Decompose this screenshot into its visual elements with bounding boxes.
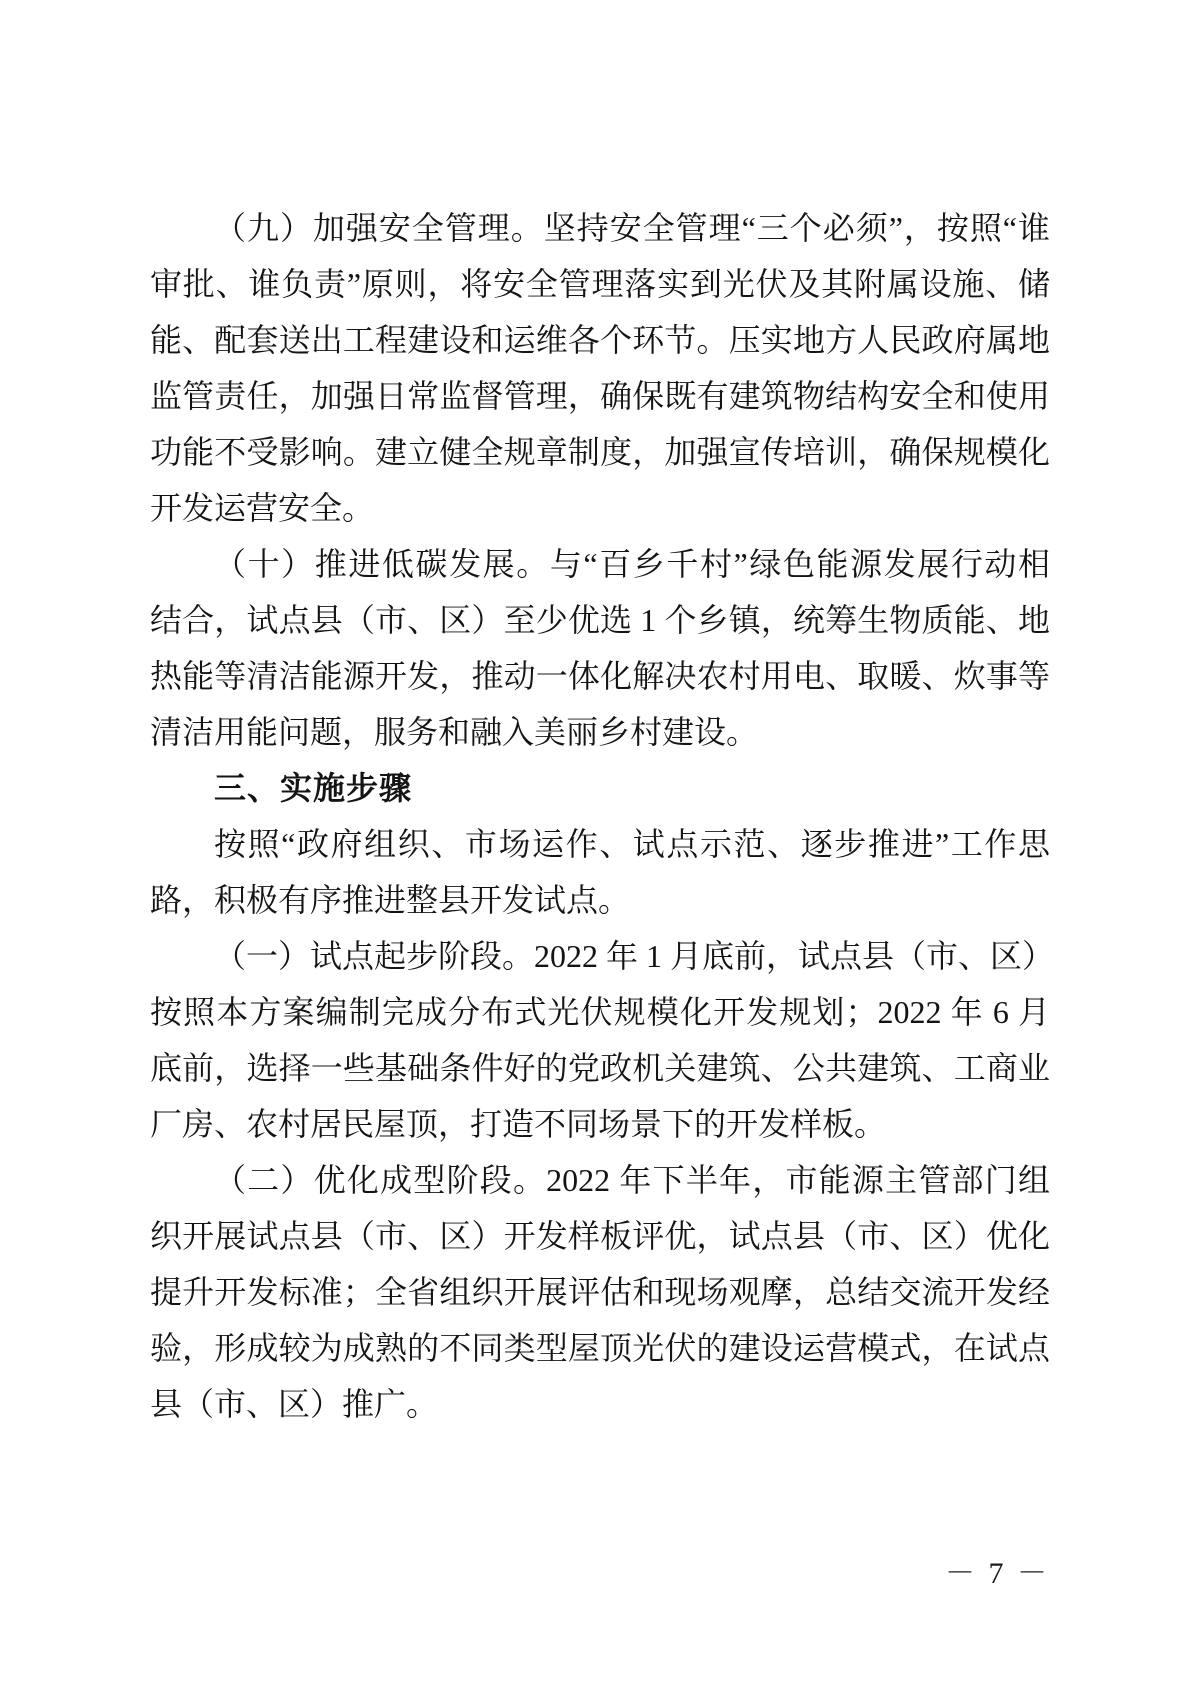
text-line: 热能等清洁能源开发，推动一体化解决农村用电、取暖、炊事等	[150, 648, 1050, 704]
text-line: 验，形成较为成熟的不同类型屋顶光伏的建设运营模式，在试点	[150, 1320, 1050, 1376]
para-10-low-carbon: （十）推进低碳发展。与“百乡千村”绿色能源发展行动相结合，试点县（市、区）至少优…	[150, 536, 1050, 760]
text-line: 路，积极有序推进整县开发试点。	[150, 872, 1050, 928]
document-page: （九）加强安全管理。坚持安全管理“三个必须”，按照“谁审批、谁负责”原则，将安全…	[0, 0, 1200, 1697]
text-line: 织开展试点县（市、区）开发样板评优，试点县（市、区）优化	[150, 1208, 1050, 1264]
text-line: 监管责任，加强日常监督管理，确保既有建筑物结构安全和使用	[150, 368, 1050, 424]
text-line: （九）加强安全管理。坚持安全管理“三个必须”，按照“谁	[150, 200, 1050, 256]
para-2-optimization-stage: （二）优化成型阶段。2022 年下半年，市能源主管部门组织开展试点县（市、区）开…	[150, 1152, 1050, 1432]
text-line: 清洁用能问题，服务和融入美丽乡村建设。	[150, 704, 1050, 760]
para-work-approach: 按照“政府组织、市场运作、试点示范、逐步推进”工作思路，积极有序推进整县开发试点…	[150, 816, 1050, 928]
text-line: 功能不受影响。建立健全规章制度，加强宣传培训，确保规模化	[150, 424, 1050, 480]
text-line: 底前，选择一些基础条件好的党政机关建筑、公共建筑、工商业	[150, 1040, 1050, 1096]
text-line: 提升开发标准；全省组织开展评估和现场观摩，总结交流开发经	[150, 1264, 1050, 1320]
section-heading-implementation-steps: 三、实施步骤	[150, 760, 1050, 816]
text-line: 结合，试点县（市、区）至少优选 1 个乡镇，统筹生物质能、地	[150, 592, 1050, 648]
text-line: 审批、谁负责”原则，将安全管理落实到光伏及其附属设施、储	[150, 256, 1050, 312]
section-heading-text: 三、实施步骤	[150, 760, 1050, 816]
document-body: （九）加强安全管理。坚持安全管理“三个必须”，按照“谁审批、谁负责”原则，将安全…	[150, 200, 1050, 1432]
text-line: 按照“政府组织、市场运作、试点示范、逐步推进”工作思	[150, 816, 1050, 872]
text-line: （十）推进低碳发展。与“百乡千村”绿色能源发展行动相	[150, 536, 1050, 592]
text-line: 厂房、农村居民屋顶，打造不同场景下的开发样板。	[150, 1096, 1050, 1152]
para-9-safety-management: （九）加强安全管理。坚持安全管理“三个必须”，按照“谁审批、谁负责”原则，将安全…	[150, 200, 1050, 536]
text-line: 能、配套送出工程建设和运维各个环节。压实地方人民政府属地	[150, 312, 1050, 368]
text-line: 县（市、区）推广。	[150, 1376, 1050, 1432]
text-line: （一）试点起步阶段。2022 年 1 月底前，试点县（市、区）	[150, 928, 1050, 984]
text-line: 开发运营安全。	[150, 480, 1050, 536]
para-1-pilot-startup-stage: （一）试点起步阶段。2022 年 1 月底前，试点县（市、区）按照本方案编制完成…	[150, 928, 1050, 1152]
text-line: 按照本方案编制完成分布式光伏规模化开发规划；2022 年 6 月	[150, 984, 1050, 1040]
text-line: （二）优化成型阶段。2022 年下半年，市能源主管部门组	[150, 1152, 1050, 1208]
page-number: － 7 －	[150, 1554, 1050, 1594]
